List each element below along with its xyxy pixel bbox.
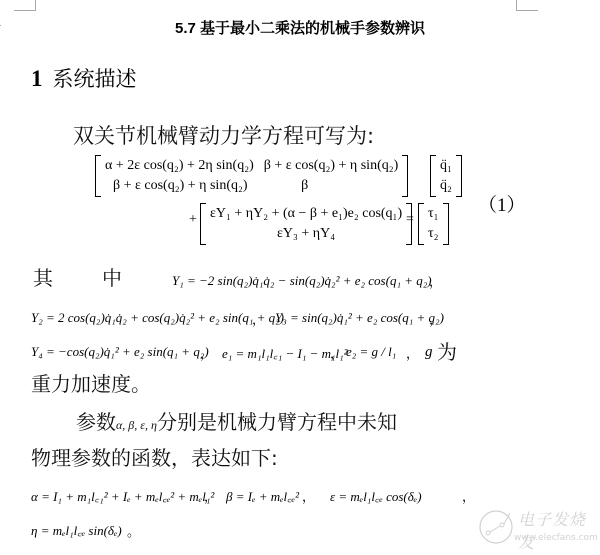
circuit-logo-icon [478, 505, 514, 545]
matrix-cell-12: β + ε cos(q₂) + η sin(q₂) [264, 156, 399, 176]
Y4-definition: Y₄ = −cos(q₂)q̇₁² + e₂ sin(q₁ + q₂) [31, 344, 209, 360]
comma: ， [252, 309, 265, 328]
comma: ， [200, 343, 213, 362]
beta-definition: β = Iₑ + mₑl꜀ₑ² [226, 487, 299, 505]
params-symbols: α, β, ε, η [116, 418, 157, 432]
g-suffix: 为 [437, 336, 457, 365]
comma: ， [406, 343, 419, 362]
heading-text: 系统描述 [53, 67, 137, 91]
watermark-url: www.elecfans.com [514, 533, 598, 543]
params-line-2: 物理参数的函数，表达如下: [31, 442, 278, 471]
vector-c-2: εY₃ + ηY₄ [277, 224, 335, 244]
bracket-right [443, 203, 449, 245]
comma: ， [429, 309, 442, 328]
tau-2: τ₂ [428, 224, 439, 244]
coriolis-gravity-vector: εY₁ + ηY₂ + (α − β + e₁)e₂ cos(q₁) εY₃ +… [200, 203, 412, 245]
page-corner-mark-top-left [14, 0, 36, 11]
params-line-1: 参数α, β, ε, η分别是机械力臂方程中未知 [76, 406, 397, 435]
heading-number: 1 [31, 66, 43, 91]
watermark-logo: 电子发烧友 www.elecfans.com [478, 505, 598, 553]
comma: ， [462, 486, 475, 505]
bracket-right [456, 155, 462, 197]
torque-vector: τ₁ τ₂ [418, 203, 449, 245]
comma: ， [302, 486, 315, 505]
comma: ， [330, 343, 343, 362]
Y2-definition: Y₂ = 2 cos(q₂)q̇₁q̇₂ + cos(q₂)q̇₂² + e₂ … [31, 310, 284, 326]
params-suffix: 分别是机械力臂方程中未知 [157, 410, 397, 434]
epsilon-definition: ε = mₑl₁l꜀ₑ cos(δₑ) [330, 487, 422, 505]
section-title: 5.7 基于最小二乘法的机械手参数辨识 [0, 17, 600, 38]
bracket-right [402, 155, 408, 197]
intro-paragraph: 双关节机械臂动力学方程可写为: [73, 120, 374, 150]
eta-definition: η = mₑl₁l꜀ₑ sin(δₑ) [31, 521, 122, 539]
where-label-1: 其 [33, 262, 53, 291]
g-symbol: g [425, 344, 433, 361]
period: 。 [127, 521, 140, 540]
inertia-matrix: α + 2ε cos(q₂) + 2η sin(q₂) β + ε cos(q₂… [95, 155, 408, 197]
qdd-2: q̈₂ [440, 176, 452, 196]
watermark-text: 电子发烧友 [518, 507, 598, 553]
acceleration-vector: q̈₁ q̈₂ [430, 155, 462, 197]
qdd-1: q̈₁ [440, 156, 452, 176]
plus-sign: + [189, 212, 197, 228]
page-corner-mark-top-right [516, 0, 538, 11]
e2-definition: e₂ = g / l₁ [346, 344, 396, 360]
heading-system-description: 1系统描述 [31, 63, 137, 93]
matrix-cell-11: α + 2ε cos(q₂) + 2η sin(q₂) [105, 156, 254, 176]
vector-c-1: εY₁ + ηY₂ + (α − β + e₁)e₂ cos(q₁) [210, 204, 402, 224]
equals-sign: = [406, 212, 414, 228]
params-prefix: 参数 [76, 410, 116, 434]
equation-number: （1） [478, 190, 526, 217]
matrix-cell-21: β + ε cos(q₂) + η sin(q₂) [105, 176, 248, 196]
Y1-definition: Y₁ = −2 sin(q₂)q̇₁q̇₂ − sin(q₂)q̇₂² + e₂… [172, 273, 432, 289]
gravity-text: 重力加速度。 [31, 368, 151, 397]
comma: ， [204, 486, 217, 505]
alpha-definition: α = I₁ + m₁l꜀₁² + Iₑ + mₑl꜀ₑ² + mₑl₁² [31, 487, 214, 505]
matrix-cell-22: β [301, 176, 398, 196]
e1-definition: e₁ = m₁l₁l꜀₁ − I₁ − m₁l₁² [222, 344, 348, 362]
Y3-definition: Y₃ = sin(q₂)q̇₁² + e₂ cos(q₁ + q₂) [275, 310, 444, 326]
comma: ， [429, 271, 442, 290]
tau-1: τ₁ [428, 204, 439, 224]
where-label-2: 中 [102, 262, 122, 291]
